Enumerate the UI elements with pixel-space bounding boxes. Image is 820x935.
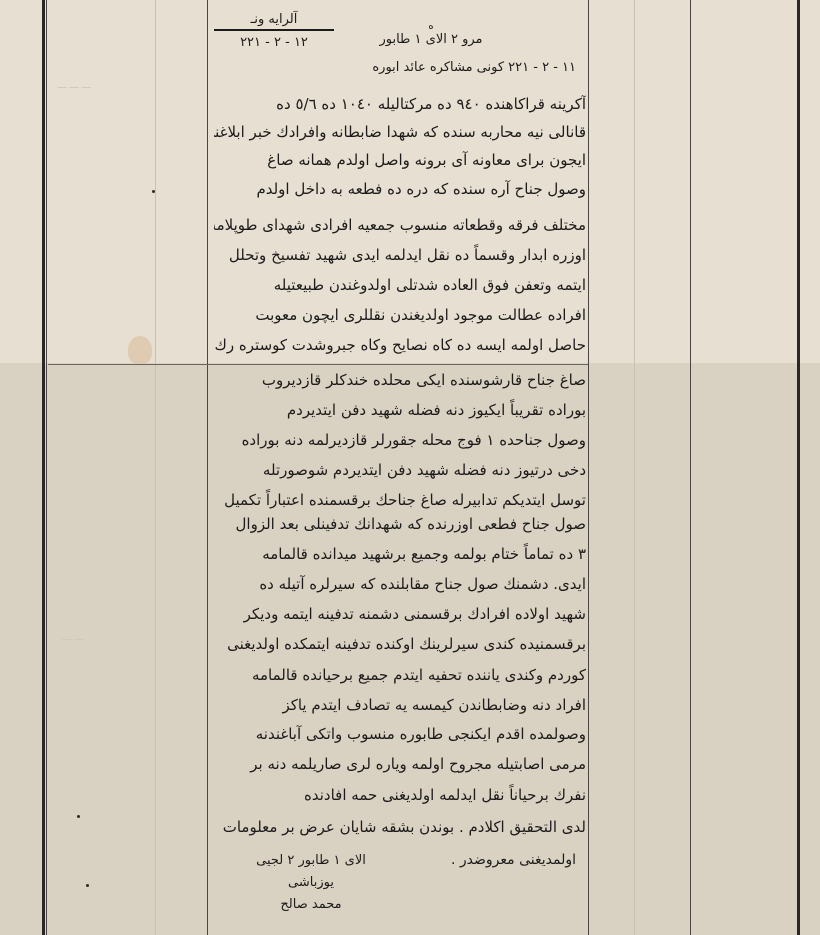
reference-date: ١٢ - ٢ - ٢٢١ [214, 31, 334, 50]
ghost-text-top: ـــ ـــ ـــ [58, 80, 91, 91]
body-line: توسل ايتديكم تدابيرله صاغ جناحك برقسمنده… [214, 488, 586, 512]
title-mark: ه [346, 22, 516, 32]
body-line: قانالى نيه محاربه سنده كه شهدا ضابطانه و… [214, 120, 586, 144]
body-line: مختلف فرقه وقطعاته منسوب جمعيه افرادى شه… [214, 213, 586, 237]
signature-rank: يوزباشى [226, 872, 396, 894]
body-line: اوزره ابدار وقسماً ده نقل ايدلمه ايدى شه… [214, 243, 586, 267]
outer-right-rule [797, 0, 800, 935]
document-title: ه مرو ٢ الاى ١ طابور [346, 22, 516, 47]
signature-unit: الاى ١ طابور ٢ لجيى [226, 850, 396, 872]
body-line: لدى التحقيق اكلادم . بوندن بشقه شايان عر… [214, 815, 586, 839]
body-line: نفرك برحياناً نقل ايدلمه اولديغنى حمه اف… [214, 783, 586, 807]
body-line: وصول جناح آره سنده كه دره ده فطعه به داخ… [214, 177, 586, 201]
body-line: افراده عطالت موجود اولديغندن نقللرى ايچو… [214, 303, 586, 327]
right-column-rule [690, 0, 691, 935]
outer-left-rule-inner [46, 0, 47, 935]
date-line: ١١ - ٢ - ٢٢١ كونى مشاكره عائد ابوره [206, 60, 586, 75]
body-line: ايدى. دشمنك صول جناح مقابلنده كه سيرلره … [214, 572, 586, 596]
ink-dot [86, 884, 89, 887]
body-line: شهيد اولاده افرادك برقسمنى دشمنه تدفينه … [214, 602, 586, 626]
document-text-column: آلرايه ونـ ١٢ - ٢ - ٢٢١ ه مرو ٢ الاى ١ ط… [206, 0, 586, 935]
body-line: بوراده تقريباً ايكيوز دنه فضله شهيد دفن … [214, 398, 586, 422]
title-text: مرو ٢ الاى ١ طابور [379, 32, 482, 47]
right-faint-rule [634, 0, 635, 935]
body-line: حاصل اولمه ايسه ده كاه نصايح وكاه جبروشد… [214, 333, 586, 357]
paper-stain [128, 336, 152, 364]
ghost-text-lower: ـــ ـــ [62, 632, 83, 643]
body-line: آكرينه قراكاهنده ٩٤٠ ده مركتاليله ١٠٤٠ د… [214, 92, 586, 116]
outer-left-rule [42, 0, 45, 935]
body-line: كوردم وكندى ياننده تحفيه ايتدم جميع برحي… [214, 663, 586, 687]
body-line: افراد دنه وضابطاندن كيمسه يه تصادف ايتدم… [214, 693, 586, 717]
body-line: ايتمه وتعفن فوق العاده شدتلى اولدوغندن ط… [214, 273, 586, 297]
body-line: برقسمنيده كندى سيرلرينك اوكنده تدفينه اي… [214, 632, 586, 656]
signature-name: محمد صالح [226, 894, 396, 916]
body-line: دخى درتيوز دنه فضله شهيد دفن ايتديردم شو… [214, 458, 586, 482]
ink-dot [152, 190, 155, 193]
text-column-right-rule [588, 0, 589, 935]
body-line: صول جناح فطعى اوزرنده كه شهدانك تدفينلى … [214, 512, 586, 536]
body-line: ايجون براى معاونه آى برونه واصل اولدم هم… [214, 148, 586, 172]
margin-column-rule [155, 0, 156, 935]
body-line: وصولمده اقدم ايكنجى طابوره منسوب واتكى آ… [214, 722, 586, 746]
signature-block: الاى ١ طابور ٢ لجيى يوزباشى محمد صالح [226, 850, 396, 916]
ink-dot [77, 815, 80, 818]
body-line: صاغ جناح قارشوسنده ايكى محلده خندكلر قاز… [214, 368, 586, 392]
body-line: ٣ ده تماماً ختام بولمه وجميع برشهيد ميدا… [214, 542, 586, 566]
reference-number: آلرايه ونـ ١٢ - ٢ - ٢٢١ [214, 12, 334, 50]
reference-label: آلرايه ونـ [214, 12, 334, 31]
body-line: مرمى اصابتيله مجروح اولمه وياره لرى صاري… [214, 752, 586, 776]
body-line: وصول جناحده ١ فوج محله جقورلر قازديرلمه … [214, 428, 586, 452]
